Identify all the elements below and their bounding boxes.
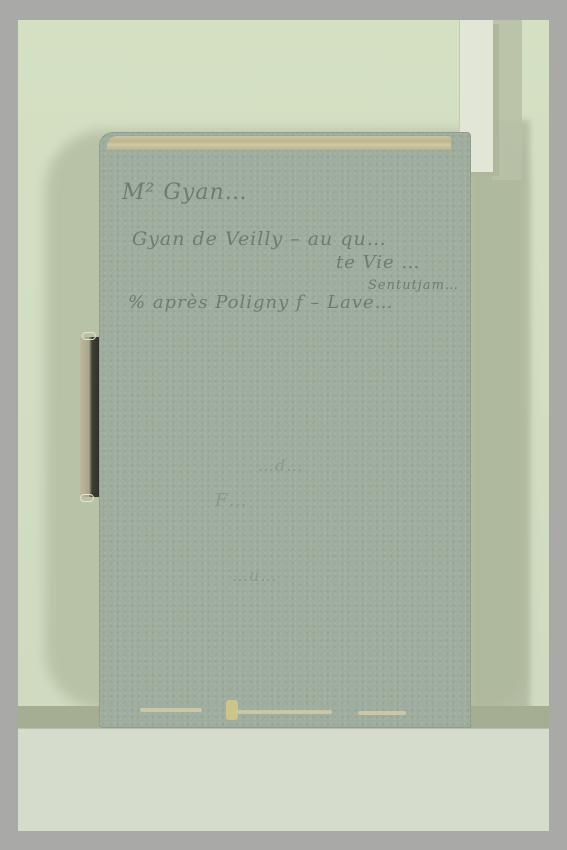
tape-pin xyxy=(226,700,238,720)
tape-strip-1 xyxy=(140,708,202,712)
tape-strip-3 xyxy=(358,711,406,715)
page-edges xyxy=(107,136,451,150)
thread-bottom xyxy=(80,494,94,502)
faint-mark-2: F… xyxy=(215,490,248,511)
faint-mark-3: …u… xyxy=(232,566,277,585)
side-shadow xyxy=(470,120,530,720)
tape-strip-2 xyxy=(232,710,332,714)
thread-top xyxy=(82,332,96,340)
handwriting-line-2: Gyan de Veilly – au qu… xyxy=(132,228,387,250)
handwriting-line-5: % après Poligny f – Lave… xyxy=(128,292,394,313)
handwriting-line-1: M² Gyan… xyxy=(122,180,248,205)
handwriting-line-3: te Vie … xyxy=(336,252,420,273)
notebook-cover xyxy=(99,132,471,728)
card-shadow xyxy=(492,20,522,180)
handwriting-line-4: Sentutjam… xyxy=(368,278,459,293)
mount-bottom-strip xyxy=(18,728,549,831)
faint-mark-1: …d… xyxy=(258,456,303,475)
binding-spine xyxy=(80,337,100,497)
